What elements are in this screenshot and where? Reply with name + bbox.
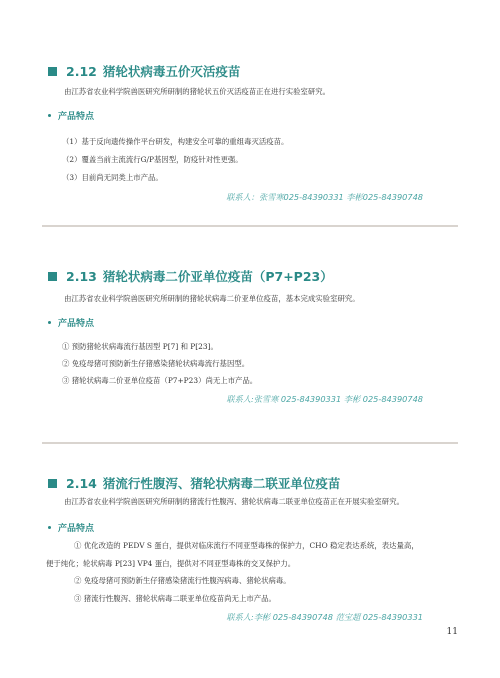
document-page: 2.12 猪轮状病毒五价灭活疫苗 由江苏省农业科学院兽医研究所研制的猪轮状五价灭… xyxy=(0,0,500,678)
contact-info: 联系人：张雪寒025-84390331 李彬025-84390748 xyxy=(226,192,423,203)
feature-item: （3）目前尚无同类上市产品。 xyxy=(62,172,163,183)
section-heading: 2.12 猪轮状病毒五价灭活疫苗 xyxy=(48,62,240,80)
section-divider xyxy=(42,442,458,444)
feature-item: ② 免疫母猪可预防新生仔猪感染猪轮状病毒流行基因型。 xyxy=(62,358,249,369)
feature-item: ③ 猪轮状病毒二价亚单位疫苗（P7+P23）尚无上市产品。 xyxy=(62,375,257,386)
dot-bullet-icon xyxy=(48,114,51,117)
feature-heading-label: 产品特点 xyxy=(58,109,94,122)
section-intro: 由江苏省农业科学院兽医研究所研制的猪轮状病毒二价亚单位疫苗，基本完成实验室研究。 xyxy=(64,293,360,304)
feature-item: （2）覆盖当前主流流行G/P基因型，防疫针对性更强。 xyxy=(62,154,243,165)
feature-heading-label: 产品特点 xyxy=(58,521,94,534)
section-intro: 由江苏省农业科学院兽医研究所研制的猪流行性腹泻、猪轮状病毒二联亚单位疫苗正在开展… xyxy=(64,496,404,507)
section-title: 猪轮状病毒二价亚单位疫苗（P7+P23） xyxy=(103,267,333,285)
section-number: 2.13 xyxy=(66,269,97,284)
feature-item: ② 免疫母猪可预防新生仔猪感染猪流行性腹泻病毒、猪轮状病毒。 xyxy=(74,575,291,586)
section-title: 猪轮状病毒五价灭活疫苗 xyxy=(103,62,241,80)
feature-item: ① 优化改造的 PEDV S 蛋白，提供对临床流行不同亚型毒株的保护力，CHO … xyxy=(74,540,419,551)
page-number: 11 xyxy=(447,627,458,637)
feature-heading: 产品特点 xyxy=(48,109,94,122)
section-divider xyxy=(42,225,458,227)
square-bullet-icon xyxy=(48,67,57,76)
square-bullet-icon xyxy=(48,272,57,281)
feature-item: 便于纯化；轮状病毒 P[23] VP4 蛋白，提供对不同亚型毒株的交叉保护力。 xyxy=(46,558,295,569)
dot-bullet-icon xyxy=(48,526,51,529)
section-heading: 2.13 猪轮状病毒二价亚单位疫苗（P7+P23） xyxy=(48,267,333,285)
section-heading: 2.14 猪流行性腹泻、猪轮状病毒二联亚单位疫苗 xyxy=(48,474,340,492)
section-number: 2.14 xyxy=(66,476,97,491)
feature-heading: 产品特点 xyxy=(48,521,94,534)
dot-bullet-icon xyxy=(48,321,51,324)
contact-info: 联系人:张雪寒 025-84390331 李彬 025-84390748 xyxy=(226,394,423,405)
feature-item: （1）基于反向遗传操作平台研发，构建安全可靠的重组毒灭活疫苗。 xyxy=(62,136,288,147)
section-intro: 由江苏省农业科学院兽医研究所研制的猪轮状五价灭活疫苗正在进行实验室研究。 xyxy=(64,86,330,97)
feature-item: ① 预防猪轮状病毒流行基因型 P[7] 和 P[23]。 xyxy=(62,341,218,352)
feature-heading: 产品特点 xyxy=(48,316,94,329)
section-number: 2.12 xyxy=(66,64,97,79)
section-title: 猪流行性腹泻、猪轮状病毒二联亚单位疫苗 xyxy=(103,474,341,492)
feature-heading-label: 产品特点 xyxy=(58,316,94,329)
contact-info: 联系人:李彬 025-84390748 范宝超 025-84390331 xyxy=(226,612,423,623)
feature-item: ③ 猪流行性腹泻、猪轮状病毒二联亚单位疫苗尚无上市产品。 xyxy=(74,593,276,604)
square-bullet-icon xyxy=(48,479,57,488)
